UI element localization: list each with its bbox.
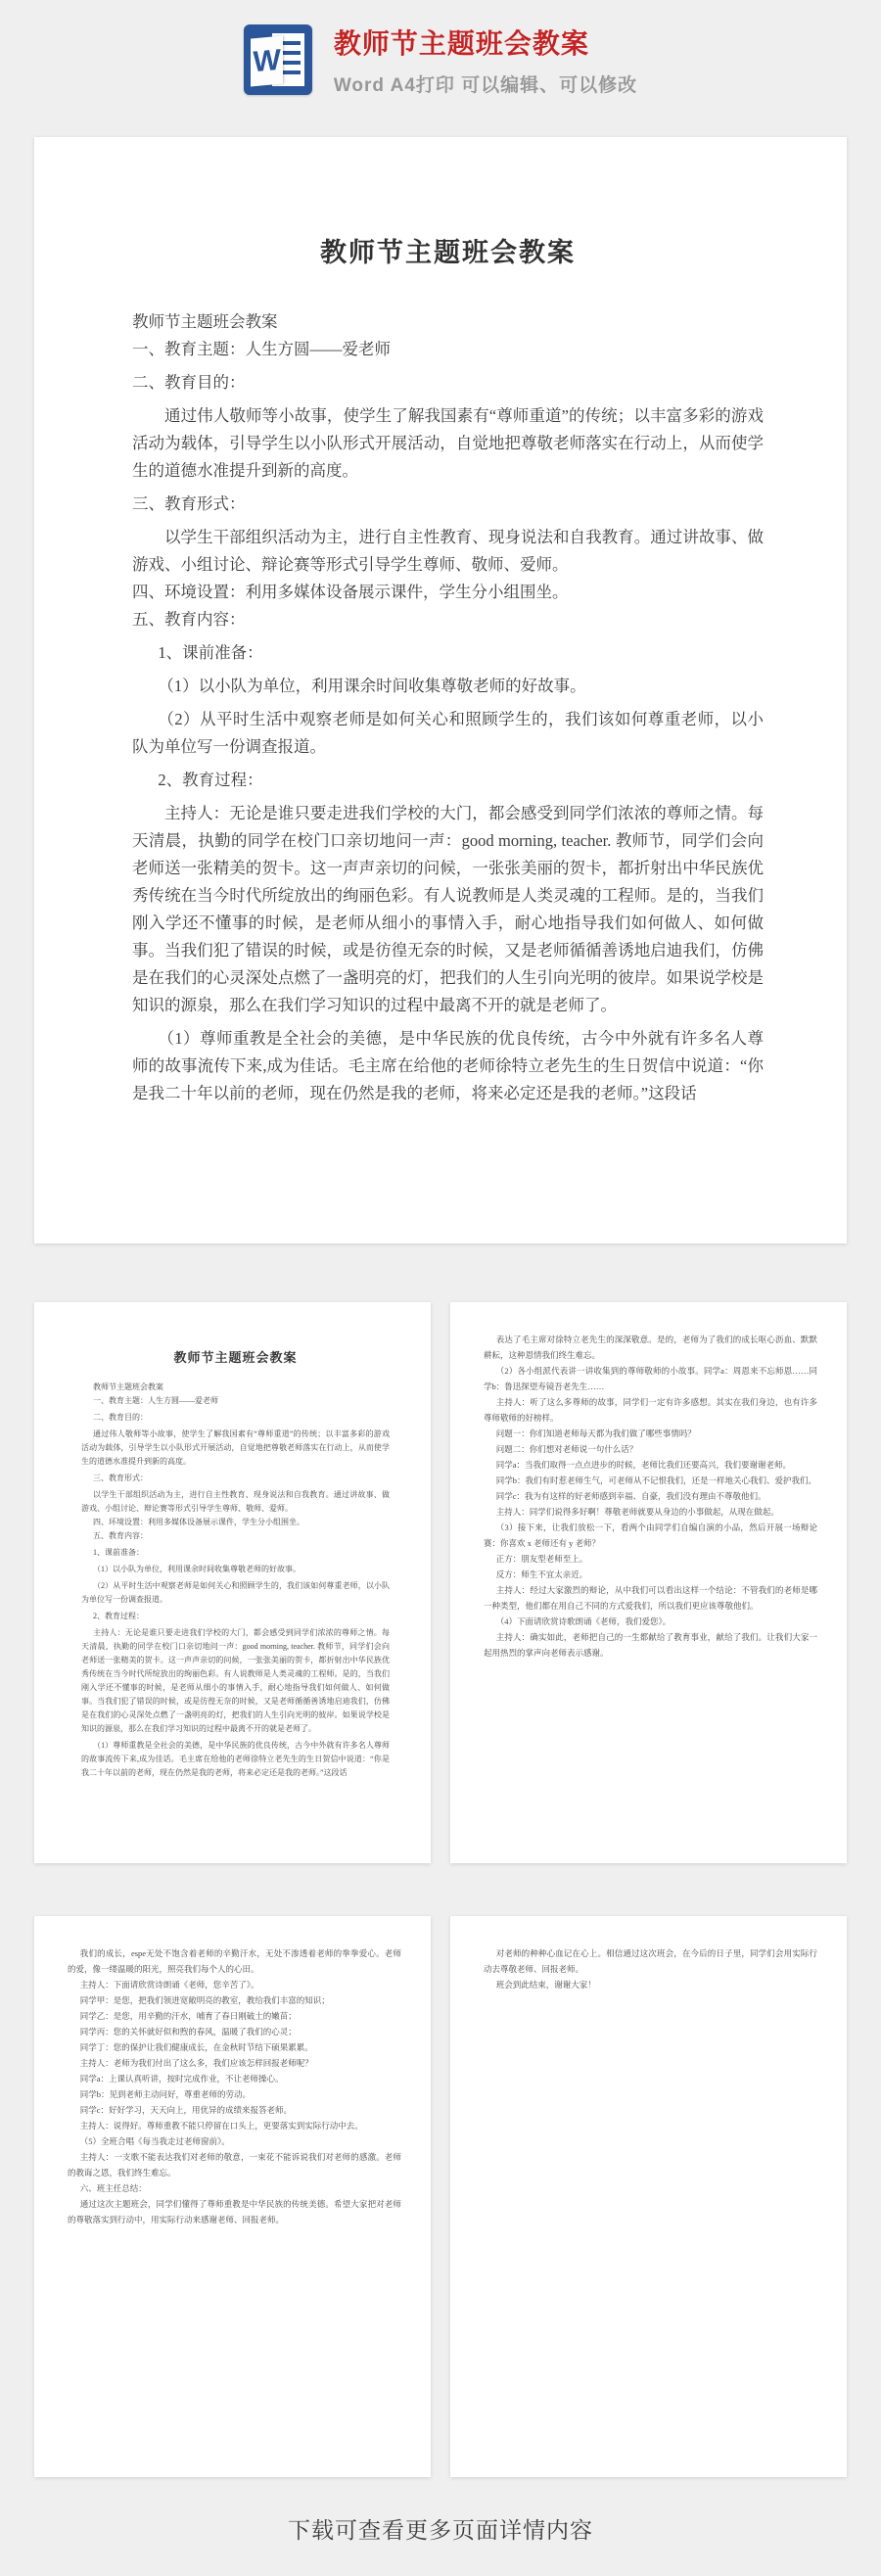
- doc-paragraph: 同学c：我为有这样的好老师感到幸福、自豪，我们没有理由不尊敬他们。: [484, 1488, 817, 1504]
- doc-paragraph: 表达了毛主席对徐特立老先生的深深敬意。是的，老师为了我们的成长呕心沥血、默默耕耘…: [484, 1332, 817, 1363]
- doc-paragraph: 通过伟人敬师等小故事，使学生了解我国素有“尊师重道”的传统；以丰富多彩的游戏活动…: [132, 402, 764, 485]
- doc-paragraph: 三、教育形式：: [132, 491, 764, 518]
- doc-paragraph: （5）全班合唱《每当我走过老师窗前》。: [68, 2133, 401, 2149]
- doc-paragraph: 1、课前准备：: [81, 1546, 390, 1560]
- doc-paragraph: 主持人：一支歌不能表达我们对老师的敬意，一束花不能诉说我们对老师的感激。老师的教…: [68, 2149, 401, 2180]
- doc-paragraph: 同学乙：是您，用辛勤的汗水，哺育了春日刚破土的嫩苗；: [68, 2008, 401, 2024]
- doc-paragraph: 同学丙：您的关怀就好似和煦的春风，温暖了我们的心灵；: [68, 2024, 401, 2039]
- doc-paragraph: 主持人：同学们说得多好啊！尊敬老师就要从身边的小事做起，从现在做起。: [484, 1504, 817, 1520]
- document-title: 教师节主题班会教案: [132, 231, 764, 269]
- doc-paragraph: 主持人：确实如此，老师把自己的一生都献给了教育事业，献给了我们。让我们大家一起用…: [484, 1629, 817, 1661]
- header-text: 教师节主题班会教案 Word A4打印 可以编辑、可以修改: [334, 23, 637, 97]
- doc-paragraph: 通过伟人敬师等小故事，使学生了解我国素有“尊师重道”的传统；以丰富多彩的游戏活动…: [81, 1428, 390, 1469]
- thumbnail-page-4[interactable]: 对老师的种种心血记在心上。相信通过这次班会，在今后的日子里，同学们会用实际行动去…: [450, 1916, 847, 2477]
- doc-paragraph: 同学b：见到老师主动问好，尊重老师的劳动。: [68, 2086, 401, 2102]
- doc-paragraph: 主持人：无论是谁只要走进我们学校的大门，都会感受到同学们浓浓的尊师之情。每天清晨…: [81, 1626, 390, 1736]
- thumbnail-4-body: 对老师的种种心血记在心上。相信通过这次班会，在今后的日子里，同学们会用实际行动去…: [484, 1945, 817, 1992]
- doc-paragraph: 同学a：上课认真听讲，按时完成作业，不让老师操心。: [68, 2071, 401, 2086]
- doc-paragraph: 一、教育主题：人生方圆——爱老师: [81, 1394, 390, 1408]
- thumbnail-3-body: 我们的成长，espe无处不饱含着老师的辛勤汗水，无处不渗透着老师的拳拳爱心。老师…: [68, 1945, 401, 2227]
- header: W 教师节主题班会教案 Word A4打印 可以编辑、可以修改: [0, 0, 881, 119]
- doc-paragraph: 问题二：你们想对老师说一句什么话？: [484, 1441, 817, 1457]
- doc-paragraph: 五、教育内容：: [132, 606, 764, 633]
- word-icon: W: [244, 24, 312, 95]
- page-title: 教师节主题班会教案: [334, 23, 637, 62]
- doc-paragraph: 我们的成长，espe无处不饱含着老师的辛勤汗水，无处不渗透着老师的拳拳爱心。老师…: [68, 1945, 401, 1977]
- doc-paragraph: 二、教育目的：: [132, 369, 764, 397]
- doc-paragraph: 四、环境设置：利用多媒体设备展示课件，学生分小组围坐。: [132, 579, 764, 606]
- word-icon-letter: W: [253, 45, 280, 76]
- doc-paragraph: 主持人：老师为我们付出了这么多，我们应该怎样回报老师呢？: [68, 2055, 401, 2071]
- doc-paragraph: 同学丁：您的保护让我们健康成长，在金秋时节结下硕果累累。: [68, 2039, 401, 2055]
- doc-paragraph: 班会到此结束，谢谢大家！: [484, 1977, 817, 1992]
- doc-paragraph: 问题一：你们知道老师每天都为我们做了哪些事情吗？: [484, 1426, 817, 1441]
- page: W 教师节主题班会教案 Word A4打印 可以编辑、可以修改 教师节主题班会教…: [0, 0, 881, 2576]
- page-subtitle: Word A4打印 可以编辑、可以修改: [334, 70, 637, 97]
- doc-paragraph: （2）从平时生活中观察老师是如何关心和照顾学生的，我们该如何尊重老师，以小队为单…: [132, 706, 764, 761]
- document-preview-page-1: 教师节主题班会教案 教师节主题班会教案一、教育主题：人生方圆——爱老师二、教育目…: [34, 137, 847, 1243]
- footer: 下载可查看更多页面详情内容: [0, 2512, 881, 2545]
- doc-paragraph: （2）从平时生活中观察老师是如何关心和照顾学生的，我们该如何尊重老师，以小队为单…: [81, 1579, 390, 1607]
- thumbnail-1-title: 教师节主题班会教案: [81, 1347, 390, 1366]
- doc-paragraph: 教师节主题班会教案: [132, 308, 764, 336]
- doc-paragraph: 同学c：好好学习，天天向上，用优异的成绩来报答老师。: [68, 2102, 401, 2118]
- doc-paragraph: （4）下面请欣赏诗歌朗诵《老师，我们爱您》。: [484, 1614, 817, 1629]
- word-icon-cover: W: [251, 36, 283, 87]
- document-body: 教师节主题班会教案一、教育主题：人生方圆——爱老师二、教育目的：通过伟人敬师等小…: [132, 308, 764, 1107]
- doc-paragraph: 同学a：当我们取得一点点进步的时候，老师比我们还要高兴，我们要谢谢老师。: [484, 1457, 817, 1473]
- thumbnail-2-body: 表达了毛主席对徐特立老先生的深深敬意。是的，老师为了我们的成长呕心沥血、默默耕耘…: [484, 1332, 817, 1661]
- doc-paragraph: 三、教育形式：: [81, 1472, 390, 1485]
- doc-paragraph: 一、教育主题：人生方圆——爱老师: [132, 336, 764, 363]
- doc-paragraph: （1）尊师重教是全社会的美德，是中华民族的优良传统，古今中外就有许多名人尊师的故…: [132, 1025, 764, 1107]
- doc-paragraph: 主持人：无论是谁只要走进我们学校的大门，都会感受到同学们浓浓的尊师之情。每天清晨…: [132, 800, 764, 1019]
- doc-paragraph: 五、教育内容：: [81, 1529, 390, 1543]
- doc-paragraph: 2、教育过程：: [132, 767, 764, 794]
- thumbnail-1-body: 教师节主题班会教案一、教育主题：人生方圆——爱老师二、教育目的：通过伟人敬师等小…: [81, 1381, 390, 1780]
- doc-paragraph: 对老师的种种心血记在心上。相信通过这次班会，在今后的日子里，同学们会用实际行动去…: [484, 1945, 817, 1977]
- doc-paragraph: 主持人：听了这么多尊师的故事，同学们一定有许多感想。其实在我们身边，也有许多尊师…: [484, 1394, 817, 1426]
- doc-paragraph: 正方：朋友型老师至上。: [484, 1551, 817, 1567]
- doc-paragraph: 1、课前准备：: [132, 639, 764, 667]
- doc-paragraph: 反方：师生不宜太亲近。: [484, 1567, 817, 1582]
- doc-paragraph: （1）以小队为单位，利用课余时间收集尊敬老师的好故事。: [132, 673, 764, 700]
- footer-note: 下载可查看更多页面详情内容: [0, 2512, 881, 2545]
- doc-paragraph: （1）以小队为单位，利用课余时间收集尊敬老师的好故事。: [81, 1563, 390, 1576]
- doc-paragraph: 教师节主题班会教案: [81, 1381, 390, 1394]
- doc-paragraph: 同学甲：是您，把我们领进宽敞明亮的教室，教给我们丰富的知识；: [68, 1992, 401, 2008]
- doc-paragraph: 六、班主任总结：: [68, 2180, 401, 2196]
- doc-paragraph: 同学b：我们有时惹老师生气，可老师从不记恨我们，还是一样地关心我们、爱护我们。: [484, 1473, 817, 1488]
- doc-paragraph: 以学生干部组织活动为主，进行自主性教育、现身说法和自我教育。通过讲故事、做游戏、…: [132, 524, 764, 579]
- doc-paragraph: 四、环境设置：利用多媒体设备展示课件，学生分小组围坐。: [81, 1516, 390, 1529]
- doc-paragraph: 以学生干部组织活动为主，进行自主性教育、现身说法和自我教育。通过讲故事、做游戏、…: [81, 1488, 390, 1516]
- thumbnail-page-3[interactable]: 我们的成长，espe无处不饱含着老师的辛勤汗水，无处不渗透着老师的拳拳爱心。老师…: [34, 1916, 431, 2477]
- doc-paragraph: 主持人：下面请欣赏诗朗诵《老师，您辛苦了》。: [68, 1977, 401, 1992]
- doc-paragraph: （3）接下来，让我们放松一下，看两个由同学们自编自演的小品，然后开展一场辩论赛：…: [484, 1520, 817, 1551]
- doc-paragraph: 二、教育目的：: [81, 1411, 390, 1425]
- thumbnail-page-2[interactable]: 表达了毛主席对徐特立老先生的深深敬意。是的，老师为了我们的成长呕心沥血、默默耕耘…: [450, 1302, 847, 1863]
- doc-paragraph: （2）各小组派代表讲一讲收集到的尊师敬师的小故事。同学a：周恩来不忘师恩……同学…: [484, 1363, 817, 1394]
- doc-paragraph: （1）尊师重教是全社会的美德，是中华民族的优良传统，古今中外就有许多名人尊师的故…: [81, 1739, 390, 1780]
- doc-paragraph: 主持人：经过大家激烈的辩论，从中我们可以看出这样一个结论：不管我们的老师是哪一种…: [484, 1582, 817, 1614]
- doc-paragraph: 通过这次主题班会，同学们懂得了尊师重教是中华民族的传统美德。希望大家把对老师的尊…: [68, 2196, 401, 2227]
- thumbnail-page-1[interactable]: 教师节主题班会教案 教师节主题班会教案一、教育主题：人生方圆——爱老师二、教育目…: [34, 1302, 431, 1863]
- doc-paragraph: 主持人：说得好。尊师重教不能只停留在口头上，更要落实到实际行动中去。: [68, 2118, 401, 2133]
- doc-paragraph: 2、教育过程：: [81, 1610, 390, 1623]
